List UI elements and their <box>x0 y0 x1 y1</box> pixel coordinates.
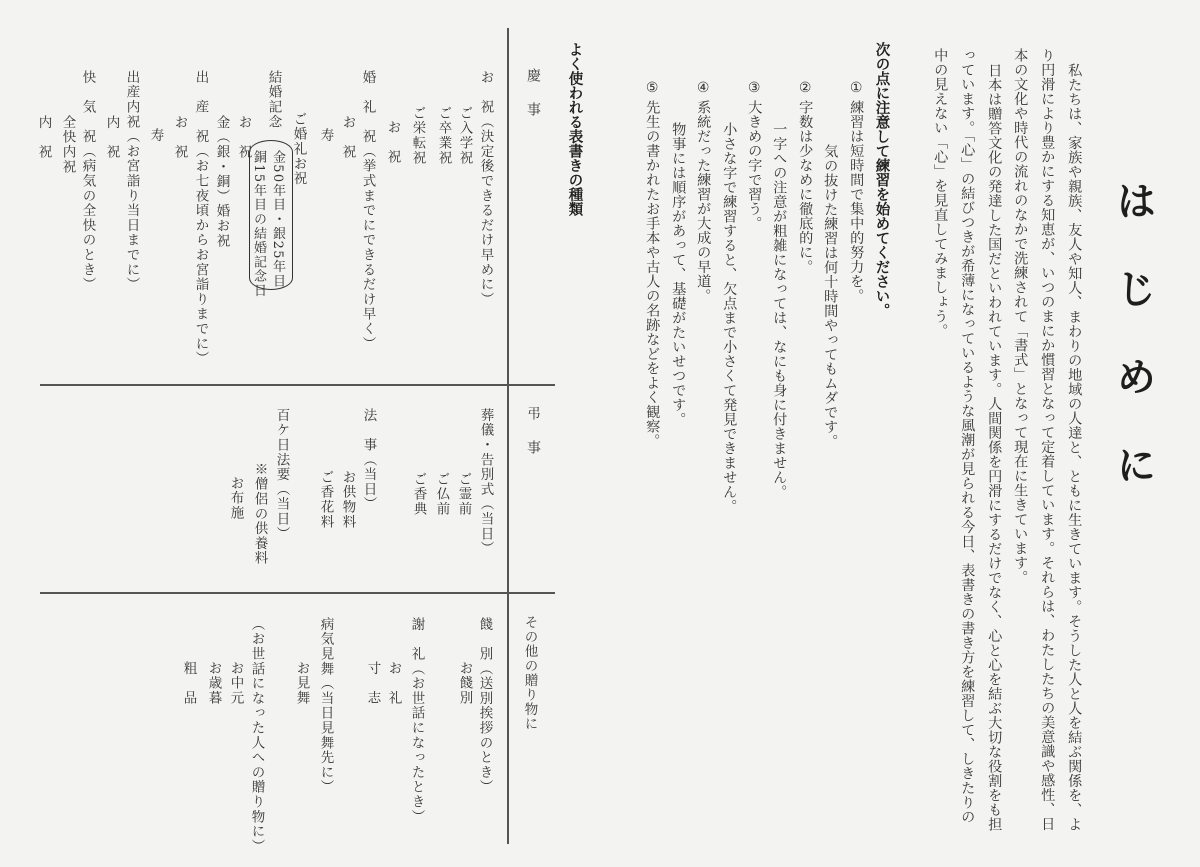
tip-note: 小さな字で練習すると、欠点まで小さくて発見できません。 <box>722 122 736 514</box>
table-entry: お餞別 <box>457 661 471 705</box>
table-entry: ご香典 <box>411 472 425 516</box>
table-entry: 餞 別（送別挨拶のとき） <box>477 617 491 795</box>
table-entry: ご栄転祝 <box>410 106 424 165</box>
table-entry: 病気見舞（当日見舞先に） <box>318 617 332 795</box>
intro-paragraph-line: 中の見えない「心」を見直してみましょう。 <box>933 48 947 338</box>
intro-title: はじめに <box>1113 180 1153 532</box>
table-entry: 葬儀・告別式（当日） <box>478 408 492 556</box>
table-entry: お布施 <box>228 476 242 520</box>
table-entry: ご卒業祝 <box>436 106 450 165</box>
table-entry: お供物料 <box>340 470 354 529</box>
table-entry: ご婚礼お祝 <box>291 112 305 186</box>
table-entry: 百ケ日法要（当日） <box>274 408 288 541</box>
table-category-divider <box>507 28 509 844</box>
table-row-divider <box>40 384 555 386</box>
table-entry: お 祝（決定後できるだけ早めに） <box>478 70 492 307</box>
table-entry: ※僧侶の供養料 <box>252 462 266 566</box>
table-row-divider <box>40 592 555 594</box>
table-entry: お 祝 <box>385 120 399 164</box>
table-entry: お 祝 <box>236 115 250 159</box>
table-entry: 快 気 祝（病気の全快のとき） <box>80 70 94 292</box>
table-entry: 法 事（当日） <box>361 408 375 512</box>
table-entry: 出産内祝（お宮詣り当日までに） <box>124 70 138 292</box>
tip-note: 物事には順序があって、基礎がたいせつです。 <box>671 122 685 427</box>
types-heading: よく使われる表書きの種類 <box>567 42 582 216</box>
tip-number: ④ <box>696 80 710 96</box>
table-entry: お見舞 <box>294 661 308 705</box>
table-entry: 内 祝 <box>104 115 118 159</box>
table-entry: お中元 <box>228 661 242 705</box>
tip-note: 気の抜けた練習は何十時間やってもムダです。 <box>823 144 837 449</box>
table-entry: （お世話になった人への贈り物に） <box>249 617 263 854</box>
intro-paragraph-line: 日本は贈答文化の発達した国だといわれています。人間関係を円滑にするだけでなく、心… <box>987 63 1001 832</box>
tips-heading: 次の点に注意して練習を始めてください。 <box>874 42 889 318</box>
intro-paragraph-line: り円滑により豊かにする知恵が、いつのまにか慣習となって定着しています。それらは、… <box>1040 48 1054 831</box>
table-entry: ご入学祝 <box>457 106 471 165</box>
category-label-celebration: 慶事 <box>526 68 540 136</box>
intro-paragraph-line: っています。「心」の結びつきが希薄になっているような風潮が見られる今日、表書きの… <box>960 48 974 824</box>
table-entry: 全快内祝 <box>60 115 74 174</box>
table-entry: お歳暮 <box>206 661 220 705</box>
tip-note: 一字への注意が粗雑になっては、なにも身に付きません。 <box>772 122 786 499</box>
table-entry: 寿 <box>318 128 332 143</box>
table-entry: 寸 志 <box>365 661 379 705</box>
tip-text: 先生の書かれたお手本や古人の名跡などをよく観察。 <box>645 100 659 448</box>
table-entry: 結婚記念 <box>266 70 280 129</box>
tip-text: 練習は短時間で集中的努力を。 <box>849 100 863 303</box>
tip-text: 系統だった練習が大成の早道。 <box>696 100 710 303</box>
table-entry: 寿 <box>148 128 162 143</box>
category-label-other-gifts: その他の贈り物に <box>522 615 536 731</box>
table-entry: 粗 品 <box>181 661 195 705</box>
intro-paragraph-line: 本の文化や時代の流れのなかで洗練されて「書式」となって現在に生きています。 <box>1013 48 1027 585</box>
table-entry: お 祝 <box>172 115 186 159</box>
tip-number: ⑤ <box>645 80 659 96</box>
table-entry: 謝 礼（お世話になったとき） <box>409 617 423 824</box>
anniversary-note-line: 銅15年目の結婚記念日 <box>252 150 265 298</box>
category-label-condolence: 弔事 <box>526 406 540 474</box>
table-entry: 出 産 祝（お七夜頃からお宮詣りまでに） <box>193 70 207 366</box>
tip-number: ② <box>798 80 812 96</box>
intro-paragraph-line: 私たちは、家族や親族、友人や知人、まわりの地域の人達と、ともに生きています。そう… <box>1067 63 1081 832</box>
anniversary-note-line: 金50年目・銀25年目 <box>271 150 284 288</box>
table-entry: 内 祝 <box>36 115 50 159</box>
table-entry: お 祝 <box>340 115 354 159</box>
tip-text: 大きめの字で習う。 <box>747 100 761 231</box>
table-entry: ご霊前 <box>456 472 470 516</box>
table-entry: 金（銀・銅）婚お祝 <box>214 115 228 248</box>
tip-text: 字数は少なめに徹底的に。 <box>798 100 812 274</box>
tip-number: ③ <box>747 80 761 96</box>
table-entry: ご香花料 <box>318 470 332 529</box>
table-entry: お 礼 <box>386 661 400 705</box>
table-entry: ご仏前 <box>434 472 448 516</box>
table-entry: 婚 礼 祝（挙式までにできるだけ早く） <box>360 70 374 351</box>
tip-number: ① <box>849 80 863 96</box>
